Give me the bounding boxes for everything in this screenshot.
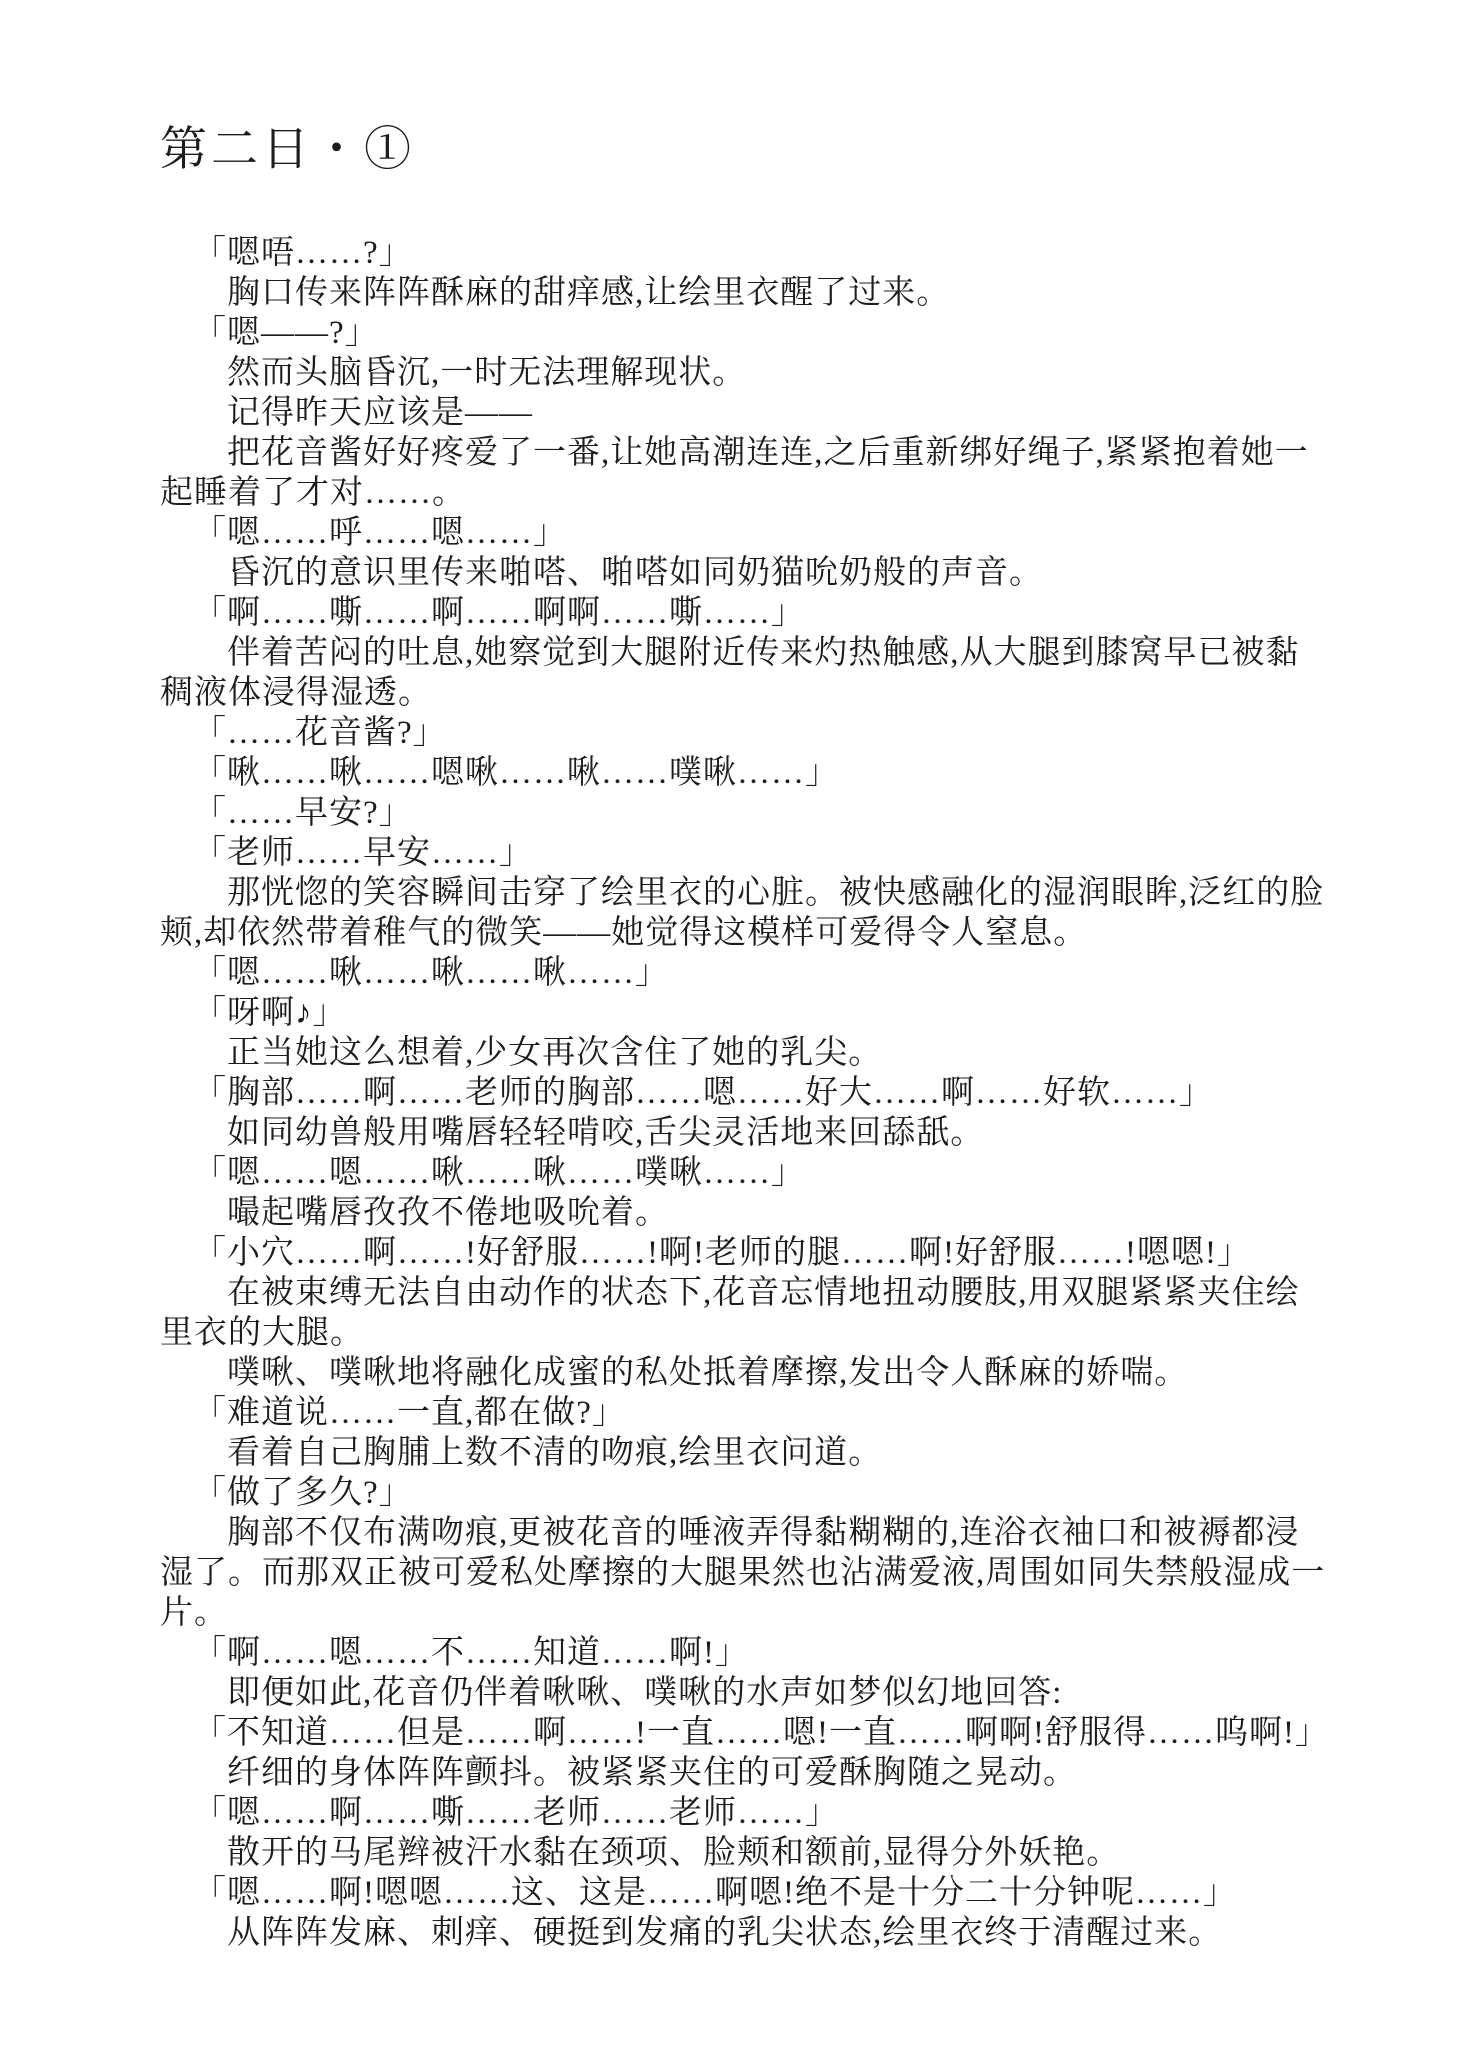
text-line: 伴着苦闷的吐息,她察觉到大腿附近传来灼热触感,从大腿到膝窝早已被黏 xyxy=(160,633,1420,673)
text-line: 「难道说……一直,都在做?」 xyxy=(160,1393,1420,1433)
text-line: 里衣的大腿。 xyxy=(160,1313,1420,1353)
text-line: 「不知道……但是……啊……!一直……嗯!一直……啊啊!舒服得……呜啊!」 xyxy=(160,1713,1420,1753)
text-line: 嘬起嘴唇孜孜不倦地吸吮着。 xyxy=(160,1193,1420,1233)
text-line: 稠液体浸得湿透。 xyxy=(160,673,1420,713)
text-line: 「嗯……啊……嘶……老师……老师……」 xyxy=(160,1793,1420,1833)
text-line: 「嗯唔……?」 xyxy=(160,233,1420,273)
text-line: 片。 xyxy=(160,1593,1420,1633)
text-line: 「嗯——?」 xyxy=(160,313,1420,353)
text-line: 看着自己胸脯上数不清的吻痕,绘里衣问道。 xyxy=(160,1433,1420,1473)
text-line: 颊,却依然带着稚气的微笑——她觉得这模样可爱得令人窒息。 xyxy=(160,913,1420,953)
chapter-title: 第二日・① xyxy=(160,122,415,178)
text-line: 那恍惚的笑容瞬间击穿了绘里衣的心脏。被快感融化的湿润眼眸,泛红的脸 xyxy=(160,873,1420,913)
text-line: 从阵阵发麻、刺痒、硬挺到发痛的乳尖状态,绘里衣终于清醒过来。 xyxy=(160,1913,1420,1953)
text-line: 「……早安?」 xyxy=(160,793,1420,833)
text-line: 把花音酱好好疼爱了一番,让她高潮连连,之后重新绑好绳子,紧紧抱着她一 xyxy=(160,433,1420,473)
text-line: 「啊……嘶……啊……啊啊……嘶……」 xyxy=(160,593,1420,633)
text-line: 记得昨天应该是—— xyxy=(160,393,1420,433)
text-body: 「嗯唔……?」胸口传来阵阵酥麻的甜痒感,让绘里衣醒了过来。「嗯——?」然而头脑昏… xyxy=(160,233,1420,1953)
text-line: 「嗯……呼……嗯……」 xyxy=(160,513,1420,553)
text-line: 纤细的身体阵阵颤抖。被紧紧夹住的可爱酥胸随之晃动。 xyxy=(160,1753,1420,1793)
text-line: 噗啾、噗啾地将融化成蜜的私处抵着摩擦,发出令人酥麻的娇喘。 xyxy=(160,1353,1420,1393)
text-line: 胸口传来阵阵酥麻的甜痒感,让绘里衣醒了过来。 xyxy=(160,273,1420,313)
text-line: 正当她这么想着,少女再次含住了她的乳尖。 xyxy=(160,1033,1420,1073)
text-line: 起睡着了才对……。 xyxy=(160,473,1420,513)
text-line: 「老师……早安……」 xyxy=(160,833,1420,873)
text-line: 湿了。而那双正被可爱私处摩擦的大腿果然也沾满爱液,周围如同失禁般湿成一 xyxy=(160,1553,1420,1593)
text-line: 「嗯……啾……啾……啾……」 xyxy=(160,953,1420,993)
text-line: 胸部不仅布满吻痕,更被花音的唾液弄得黏糊糊的,连浴衣袖口和被褥都浸 xyxy=(160,1513,1420,1553)
text-line: 如同幼兽般用嘴唇轻轻啃咬,舌尖灵活地来回舔舐。 xyxy=(160,1113,1420,1153)
text-line: 散开的马尾辫被汗水黏在颈项、脸颊和额前,显得分外妖艳。 xyxy=(160,1833,1420,1873)
text-line: 然而头脑昏沉,一时无法理解现状。 xyxy=(160,353,1420,393)
text-line: 「小穴……啊……!好舒服……!啊!老师的腿……啊!好舒服……!嗯嗯!」 xyxy=(160,1233,1420,1273)
text-line: 「啾……啾……嗯啾……啾……噗啾……」 xyxy=(160,753,1420,793)
text-line: 「呀啊♪」 xyxy=(160,993,1420,1033)
text-line: 即便如此,花音仍伴着啾啾、噗啾的水声如梦似幻地回答: xyxy=(160,1673,1420,1713)
text-line: 「嗯……啊!嗯嗯……这、这是……啊嗯!绝不是十分二十分钟呢……」 xyxy=(160,1873,1420,1913)
text-line: 昏沉的意识里传来啪嗒、啪嗒如同奶猫吮奶般的声音。 xyxy=(160,553,1420,593)
text-line: 「啊……嗯……不……知道……啊!」 xyxy=(160,1633,1420,1673)
text-line: 「……花音酱?」 xyxy=(160,713,1420,753)
novel-page: 第二日・① 「嗯唔……?」胸口传来阵阵酥麻的甜痒感,让绘里衣醒了过来。「嗯——?… xyxy=(0,0,1481,2071)
text-line: 「胸部……啊……老师的胸部……嗯……好大……啊……好软……」 xyxy=(160,1073,1420,1113)
text-line: 「做了多久?」 xyxy=(160,1473,1420,1513)
text-line: 在被束缚无法自由动作的状态下,花音忘情地扭动腰肢,用双腿紧紧夹住绘 xyxy=(160,1273,1420,1313)
text-line: 「嗯……嗯……啾……啾……噗啾……」 xyxy=(160,1153,1420,1193)
